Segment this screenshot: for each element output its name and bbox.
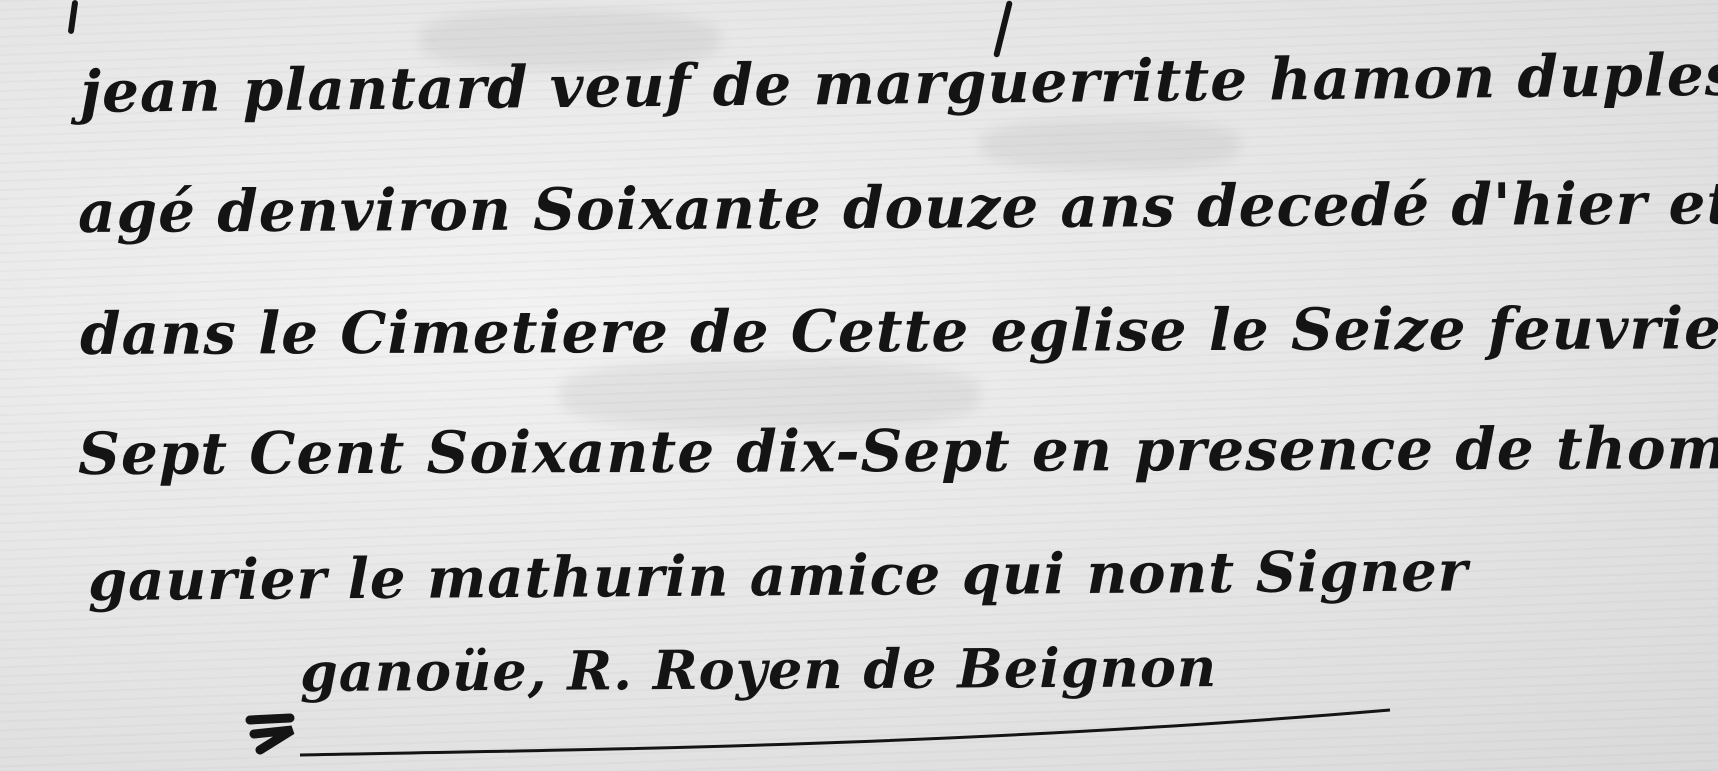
document-scan: jean plantard veuf de marguerritte hamon… [0, 0, 1718, 771]
ink-bleed-through [980, 120, 1240, 170]
record-line-2: agé denviron Soixante douze ans decedé d… [78, 168, 1718, 246]
ink-stroke [68, 0, 79, 34]
signature-flourish [240, 700, 1420, 760]
record-line-4: Sept Cent Soixante dix-Sept en presence … [78, 414, 1718, 488]
record-line-5: gaurier le mathurin amice qui nont Signe… [88, 538, 1469, 614]
signature-line: ganoüe, R. Royen de Beignon [300, 635, 1217, 704]
record-line-3: dans le Cimetiere de Cette eglise le Sei… [80, 294, 1718, 368]
record-line-1: jean plantard veuf de marguerritte hamon… [80, 40, 1718, 126]
